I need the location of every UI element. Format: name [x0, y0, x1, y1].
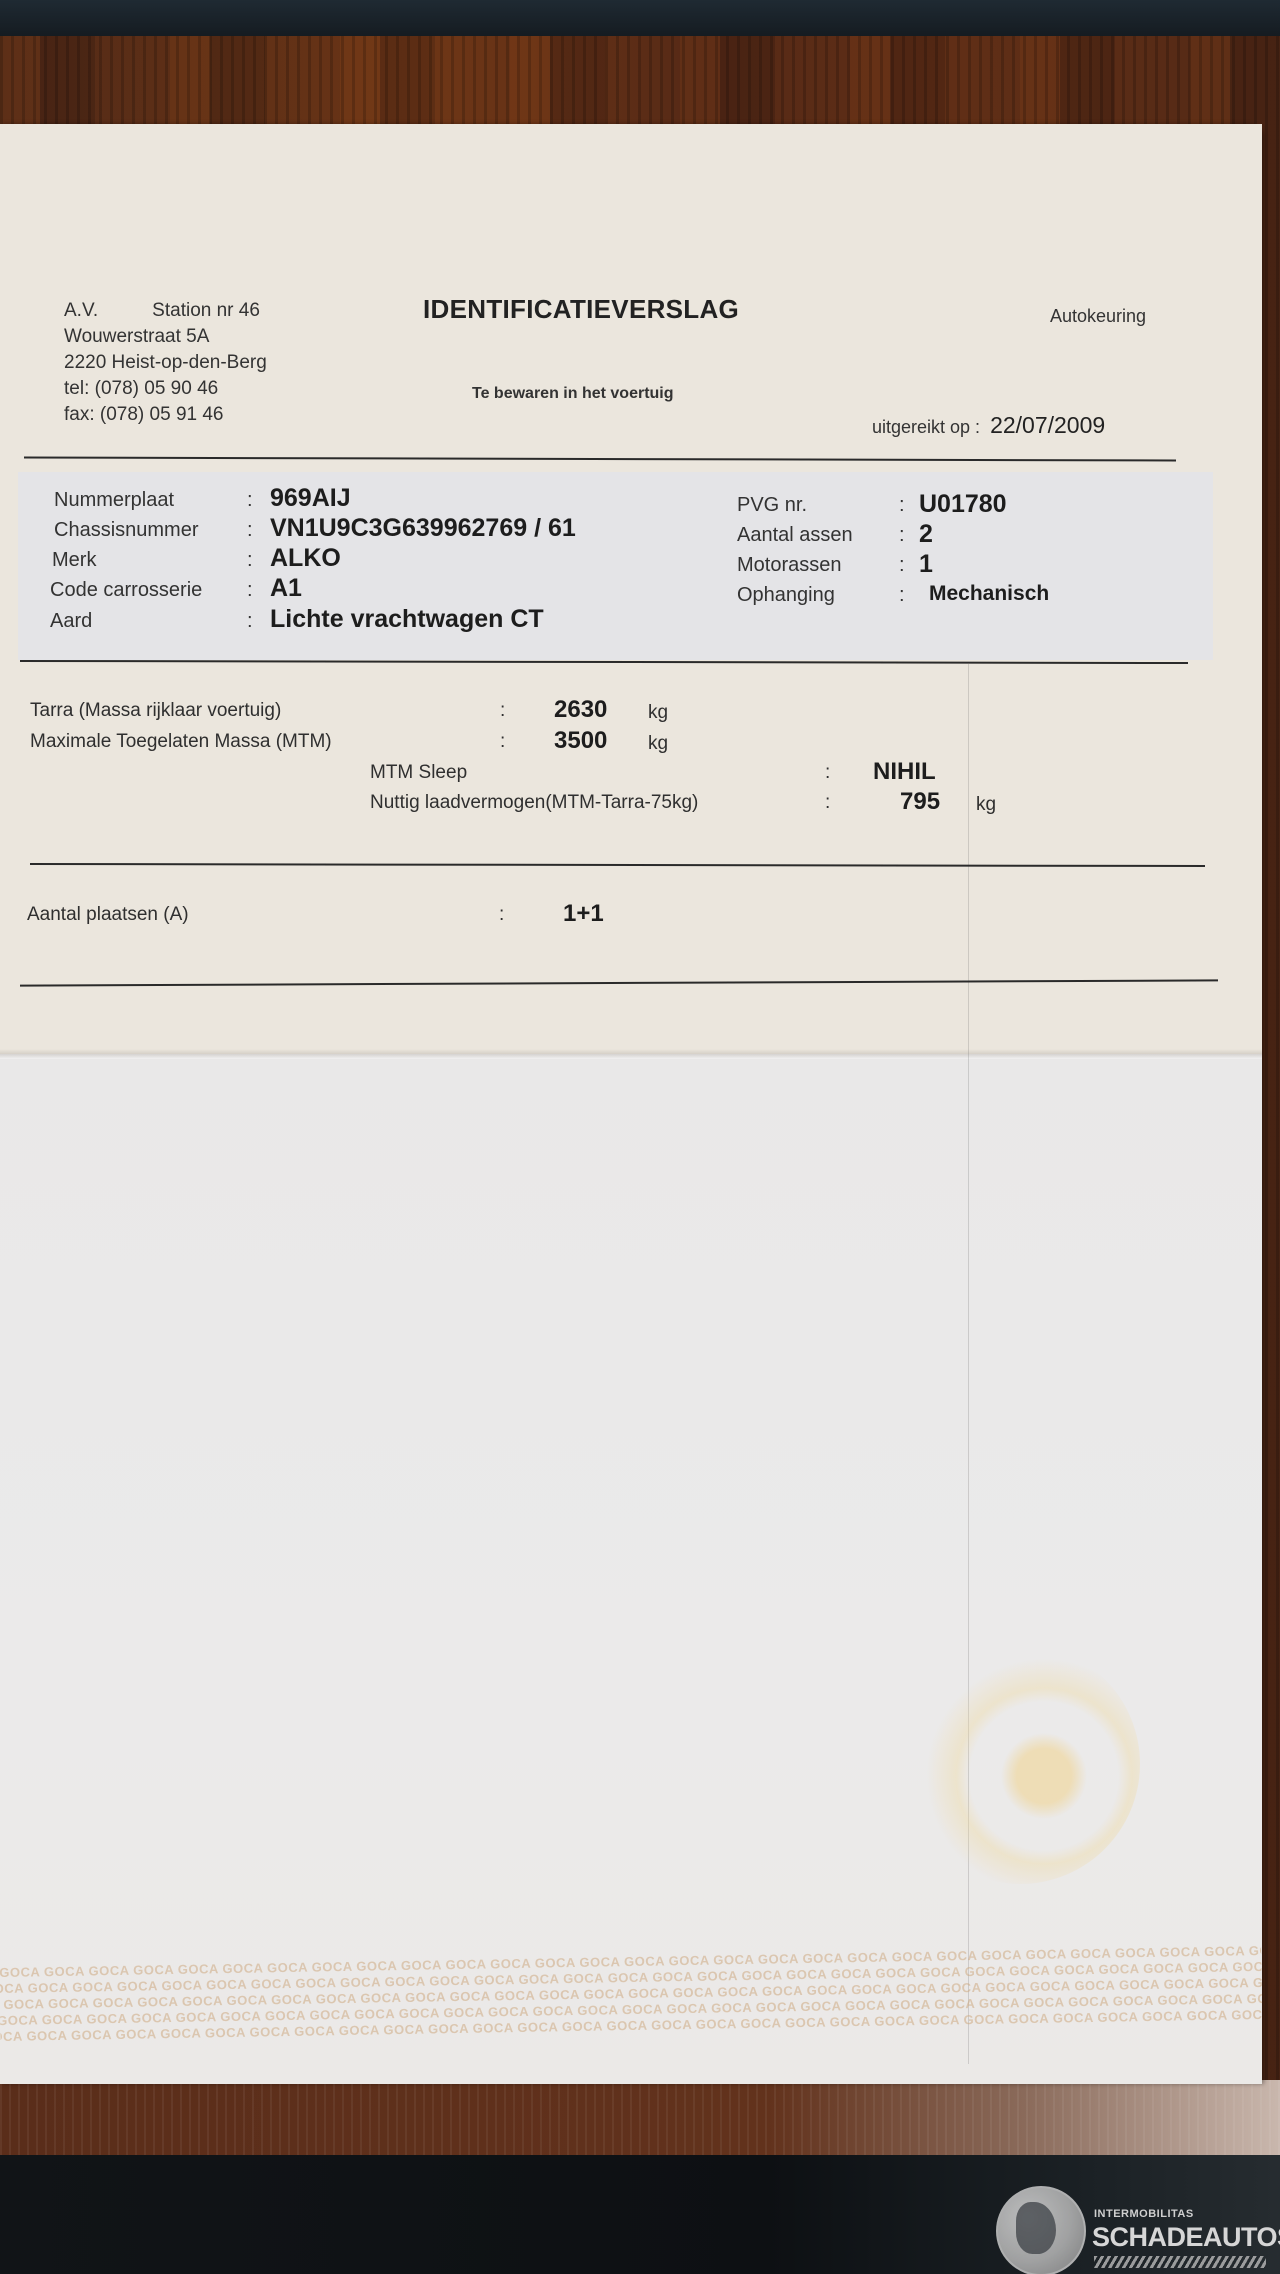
- vehicle-info-box: [18, 472, 1213, 660]
- watermark-small-text: INTERMOBILITAS: [1094, 2208, 1194, 2220]
- watermark-brand-text: SCHADEAUTOS.NL: [1092, 2222, 1280, 2253]
- schadeautos-watermark: INTERMOBILITAS SCHADEAUTOS.NL: [996, 2186, 1280, 2274]
- issuer-org: A.V.: [64, 300, 98, 321]
- issued-date: 22/07/2009: [990, 412, 1105, 438]
- field-mtm-sleep: MTM Sleep : NIHIL: [370, 762, 467, 784]
- background-top-strip: [0, 0, 1280, 40]
- issuer-fax: fax: (078) 05 91 46: [64, 402, 267, 428]
- document-type: Autokeuring: [1050, 306, 1146, 327]
- document-subtitle: Te bewaren in het voertuig: [472, 385, 674, 403]
- issuer-station: Station nr 46: [152, 300, 260, 321]
- globe-icon: [996, 2186, 1086, 2274]
- wooden-table-edge: [0, 2080, 1280, 2160]
- field-tarra: Tarra (Massa rijklaar voertuig) : 2630 k…: [30, 700, 281, 722]
- security-pattern-goca: GOCA GOCA GOCA GOCA GOCA GOCA GOCA GOCA …: [0, 1943, 1263, 2065]
- field-code-carrosserie: Code carrosserie : A1: [50, 579, 202, 602]
- paper-stain: [900, 1644, 1140, 1884]
- field-aantal-assen: Aantal assen : 2: [737, 524, 853, 547]
- document-title: IDENTIFICATIEVERSLAG: [423, 294, 739, 325]
- field-aantal-plaatsen: Aantal plaatsen (A) : 1+1: [27, 904, 189, 926]
- field-nummerplaat: Nummerplaat : 969AIJ: [54, 489, 174, 512]
- field-chassisnummer: Chassisnummer : VN1U9C3G639962769 / 61: [54, 519, 198, 542]
- field-merk: Merk : ALKO: [52, 549, 96, 572]
- paper-fold-horizontal: [0, 1049, 1262, 1059]
- field-pvg-nr: PVG nr. : U01780: [737, 494, 807, 517]
- issuer-station-line: A.V.Station nr 46: [64, 298, 267, 324]
- issuer-street: Wouwerstraat 5A: [64, 324, 267, 350]
- issuer-address-block: A.V.Station nr 46 Wouwerstraat 5A 2220 H…: [64, 298, 267, 428]
- field-nuttig-laadvermogen: Nuttig laadvermogen(MTM-Tarra-75kg) : 79…: [370, 792, 698, 814]
- field-mtm: Maximale Toegelaten Massa (MTM) : 3500 k…: [30, 731, 332, 753]
- field-aard: Aard : Lichte vrachtwagen CT: [50, 610, 92, 633]
- issuer-tel: tel: (078) 05 90 46: [64, 376, 267, 402]
- field-ophanging: Ophanging : Mechanisch: [737, 584, 835, 607]
- issuer-city: 2220 Heist-op-den-Berg: [64, 350, 267, 376]
- issued-date-line: uitgereikt op :22/07/2009: [872, 412, 1105, 439]
- issued-label: uitgereikt op :: [872, 417, 980, 437]
- tire-tread-icon: [1094, 2256, 1266, 2268]
- field-motorassen: Motorassen : 1: [737, 554, 842, 577]
